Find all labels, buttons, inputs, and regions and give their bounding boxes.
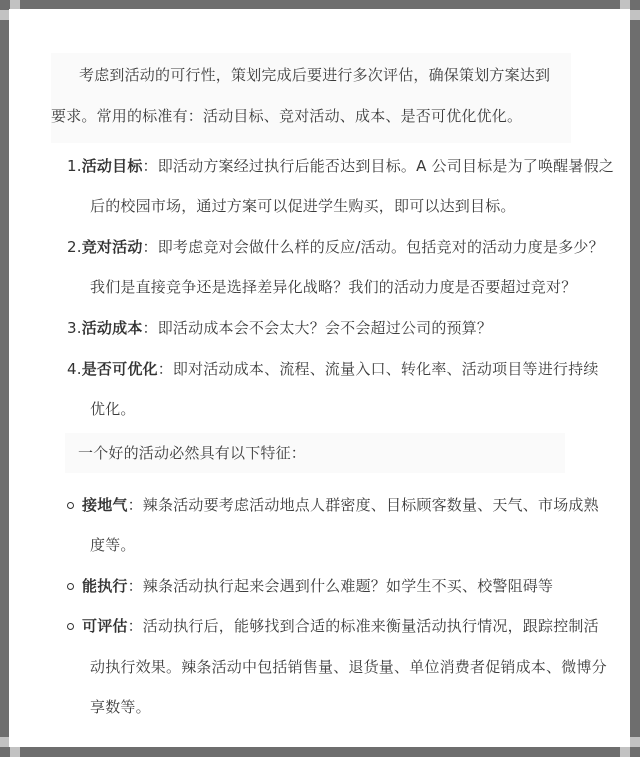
frame-corner-strip xyxy=(0,10,9,20)
feature-item-3: 可评估：活动执行后，能够找到合适的标准来衡量活动执行情况，跟踪控制活 xyxy=(82,616,599,636)
frame-corner-strip xyxy=(10,0,20,9)
criteria-text: ：即活动成本会不会太大？会不会超过公司的预算？ xyxy=(143,319,493,337)
feature-item-1-continuation: 度等。 xyxy=(90,535,136,555)
criteria-label: 活动成本 xyxy=(82,319,143,337)
criteria-number: 3. xyxy=(67,319,82,337)
features-heading: 一个好的活动必然具有以下特征： xyxy=(78,443,306,463)
document-page: 考虑到活动的可行性，策划完成后要进行多次评估，确保策划方案达到 要求。常用的标准… xyxy=(9,9,630,747)
frame-corner-strip xyxy=(620,747,630,757)
criteria-item-1: 1.活动目标：即活动方案经过执行后能否达到目标。A 公司目标是为了唤醒暑假之 xyxy=(67,156,614,176)
feature-item-3-continuation: 享数等。 xyxy=(90,697,151,717)
intro-paragraph-line-2: 要求。常用的标准有：活动目标、竞对活动、成本、是否可优化优化。 xyxy=(51,106,522,126)
intro-paragraph-line-1: 考虑到活动的可行性，策划完成后要进行多次评估，确保策划方案达到 xyxy=(79,65,550,85)
bullet-circle-icon xyxy=(67,502,74,509)
bullet-circle-icon xyxy=(67,583,74,590)
criteria-label: 竞对活动 xyxy=(82,238,143,256)
criteria-item-2: 2.竞对活动：即考虑竞对会做什么样的反应/活动。包括竞对的活动力度是多少？ xyxy=(67,237,604,257)
criteria-number: 4. xyxy=(67,360,82,378)
feature-text: ：辣条活动执行起来会遇到什么难题？如学生不买、校警阻碍等 xyxy=(128,577,554,595)
feature-text: ：辣条活动要考虑活动地点人群密度、目标顾客数量、天气、市场成熟 xyxy=(128,496,599,514)
bullet-circle-icon xyxy=(67,623,74,630)
document-content: 考虑到活动的可行性，策划完成后要进行多次评估，确保策划方案达到 要求。常用的标准… xyxy=(9,9,630,747)
frame-corner-strip xyxy=(630,10,640,20)
criteria-number: 1. xyxy=(67,157,82,175)
feature-item-3-continuation: 动执行效果。辣条活动中包括销售量、退货量、单位消费者促销成本、微博分 xyxy=(90,657,607,677)
criteria-number: 2. xyxy=(67,238,82,256)
feature-text: ：活动执行后，能够找到合适的标准来衡量活动执行情况，跟踪控制活 xyxy=(128,617,599,635)
criteria-text: ：即考虑竞对会做什么样的反应/活动。包括竞对的活动力度是多少？ xyxy=(143,238,604,256)
criteria-item-4-continuation: 优化。 xyxy=(90,399,136,419)
frame-corner-strip xyxy=(630,737,640,747)
criteria-text: ：即活动方案经过执行后能否达到目标。A 公司目标是为了唤醒暑假之 xyxy=(143,157,614,175)
feature-label: 接地气 xyxy=(82,496,128,514)
feature-label: 可评估 xyxy=(82,617,128,635)
frame-corner-strip xyxy=(0,737,9,747)
feature-item-2: 能执行：辣条活动执行起来会遇到什么难题？如学生不买、校警阻碍等 xyxy=(82,576,553,596)
criteria-label: 是否可优化 xyxy=(82,360,158,378)
criteria-item-3: 3.活动成本：即活动成本会不会太大？会不会超过公司的预算？ xyxy=(67,318,492,338)
frame-corner-strip xyxy=(10,747,20,757)
feature-item-1: 接地气：辣条活动要考虑活动地点人群密度、目标顾客数量、天气、市场成熟 xyxy=(82,495,599,515)
frame-corner-strip xyxy=(620,0,630,9)
feature-label: 能执行 xyxy=(82,577,128,595)
criteria-label: 活动目标 xyxy=(82,157,143,175)
criteria-text: ：即对活动成本、流程、流量入口、转化率、活动项目等进行持续 xyxy=(158,360,599,378)
criteria-item-4: 4.是否可优化：即对活动成本、流程、流量入口、转化率、活动项目等进行持续 xyxy=(67,359,599,379)
criteria-item-1-continuation: 后的校园市场，通过方案可以促进学生购买，即可以达到目标。 xyxy=(90,196,516,216)
criteria-item-2-continuation: 我们是直接竞争还是选择差异化战略？我们的活动力度是否要超过竞对？ xyxy=(90,277,576,297)
